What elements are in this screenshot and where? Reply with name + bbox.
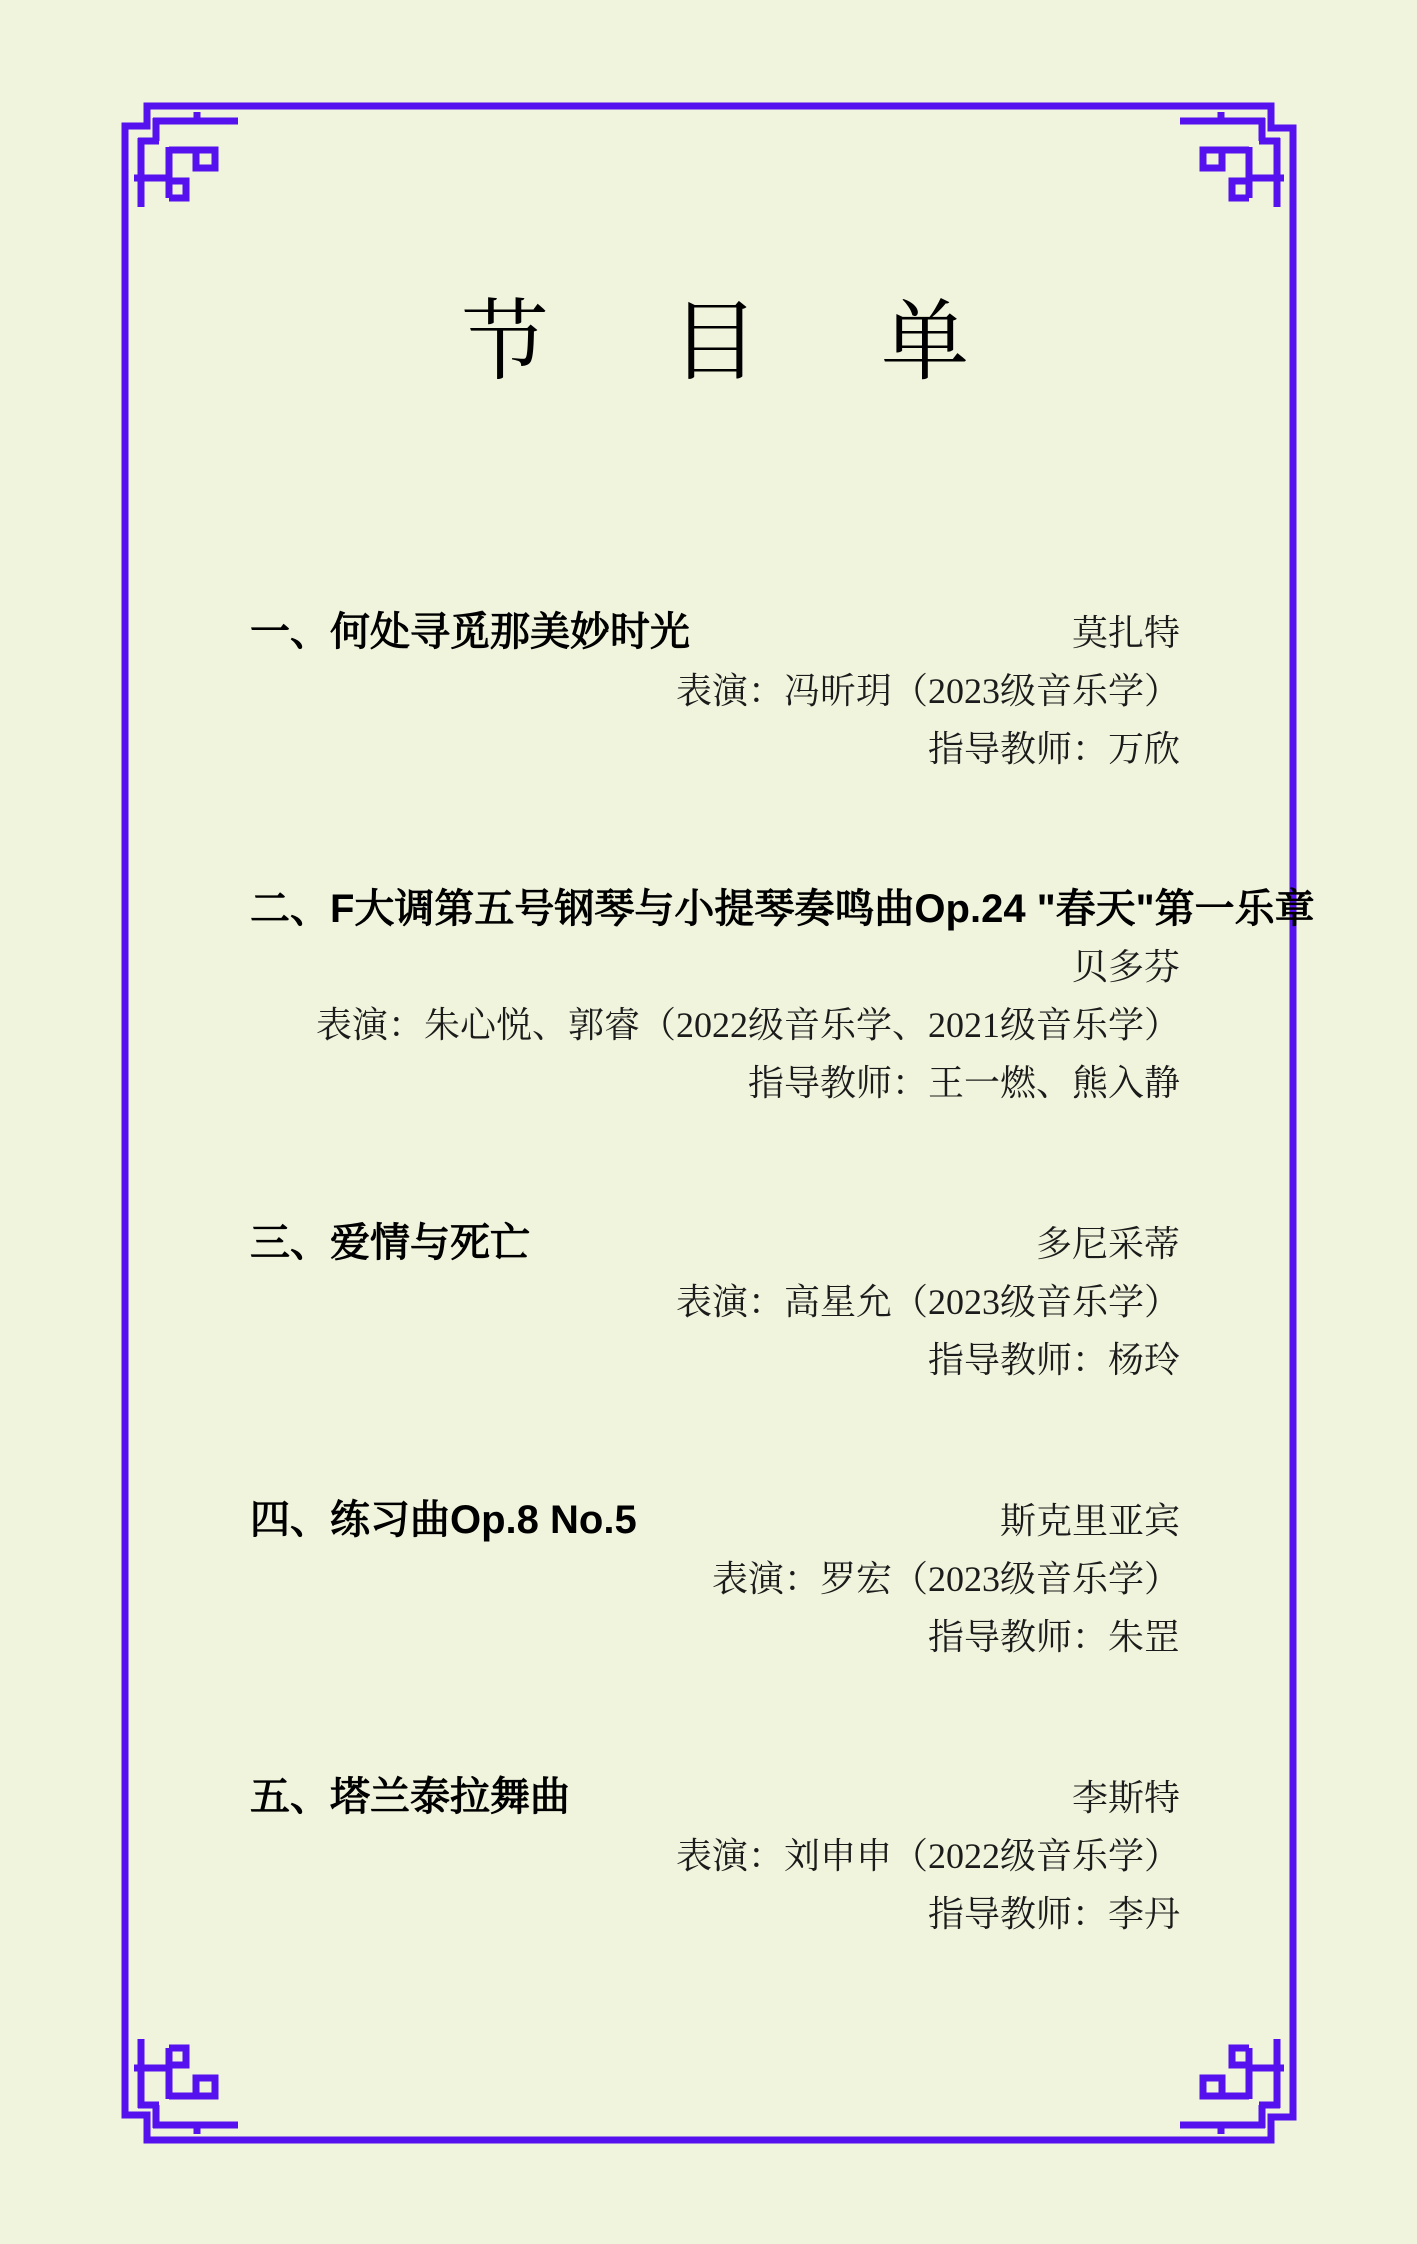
teacher-line: 指导教师：万欣 [250,720,1180,778]
program-item-1: 一、何处寻觅那美妙时光 莫扎特 表演：冯昕玥（2023级音乐学） 指导教师：万欣 [250,603,1180,778]
title-row: 二、F大调第五号钢琴与小提琴奏鸣曲Op.24 "春天"第一乐章 [250,880,1180,938]
teacher-line: 指导教师：李丹 [250,1885,1180,1943]
item-number: 二、 [250,887,330,931]
program-item-title: 一、何处寻觅那美妙时光 [250,603,690,661]
program-item-title: 三、爱情与死亡 [250,1214,530,1272]
title-row: 三、爱情与死亡 多尼采蒂 [250,1214,1180,1273]
teacher-line: 指导教师：杨玲 [250,1331,1180,1389]
program-item-5: 五、塔兰泰拉舞曲 李斯特 表演：刘申申（2022级音乐学） 指导教师：李丹 [250,1768,1180,1943]
item-number: 四、 [250,1498,330,1542]
performer-line: 表演：高星允（2023级音乐学） [250,1273,1180,1331]
item-piece-name: F大调第五号钢琴与小提琴奏鸣曲Op.24 "春天"第一乐章 [330,887,1315,931]
title-row: 四、练习曲Op.8 No.5 斯克里亚宾 [250,1491,1180,1550]
program-item-title: 二、F大调第五号钢琴与小提琴奏鸣曲Op.24 "春天"第一乐章 [250,880,1315,938]
composer-name: 多尼采蒂 [1036,1215,1180,1273]
program-item-3: 三、爱情与死亡 多尼采蒂 表演：高星允（2023级音乐学） 指导教师：杨玲 [250,1214,1180,1389]
item-piece-name: 爱情与死亡 [330,1221,530,1265]
item-piece-name: 练习曲Op.8 No.5 [330,1498,637,1542]
program-content: 节目单 一、何处寻觅那美妙时光 莫扎特 表演：冯昕玥（2023级音乐学） 指导教… [250,0,1180,2045]
program-item-2: 二、F大调第五号钢琴与小提琴奏鸣曲Op.24 "春天"第一乐章 贝多芬 表演：朱… [250,880,1180,1112]
corner-ornament-top-left [134,112,238,207]
program-item-title: 四、练习曲Op.8 No.5 [250,1491,637,1549]
performer-line: 表演：朱心悦、郭睿（2022级音乐学、2021级音乐学） [250,996,1180,1054]
page-title: 节目单 [250,300,1180,388]
program-sheet: { "page": { "title": "节目单" }, "program":… [0,0,1417,2244]
composer-name: 莫扎特 [1072,604,1180,662]
composer-name: 斯克里亚宾 [1000,1492,1180,1550]
performer-line: 表演：冯昕玥（2023级音乐学） [250,662,1180,720]
teacher-line: 指导教师：朱罡 [250,1608,1180,1666]
composer-line: 贝多芬 [250,938,1180,996]
composer-name: 李斯特 [1072,1769,1180,1827]
performer-line: 表演：刘申申（2022级音乐学） [250,1827,1180,1885]
title-row: 一、何处寻觅那美妙时光 莫扎特 [250,603,1180,662]
corner-ornament-bottom-right [1180,2039,1284,2134]
item-number: 三、 [250,1221,330,1265]
corner-ornament-bottom-left [134,2039,238,2134]
performer-line: 表演：罗宏（2023级音乐学） [250,1550,1180,1608]
title-row: 五、塔兰泰拉舞曲 李斯特 [250,1768,1180,1827]
item-number: 一、 [250,610,330,654]
corner-ornament-top-right [1180,112,1284,207]
program-list: 一、何处寻觅那美妙时光 莫扎特 表演：冯昕玥（2023级音乐学） 指导教师：万欣… [250,603,1180,1943]
program-item-title: 五、塔兰泰拉舞曲 [250,1768,570,1826]
teacher-line: 指导教师：王一燃、熊入静 [250,1054,1180,1112]
item-number: 五、 [250,1775,330,1819]
item-piece-name: 何处寻觅那美妙时光 [330,610,690,654]
program-item-4: 四、练习曲Op.8 No.5 斯克里亚宾 表演：罗宏（2023级音乐学） 指导教… [250,1491,1180,1666]
item-piece-name: 塔兰泰拉舞曲 [330,1775,570,1819]
